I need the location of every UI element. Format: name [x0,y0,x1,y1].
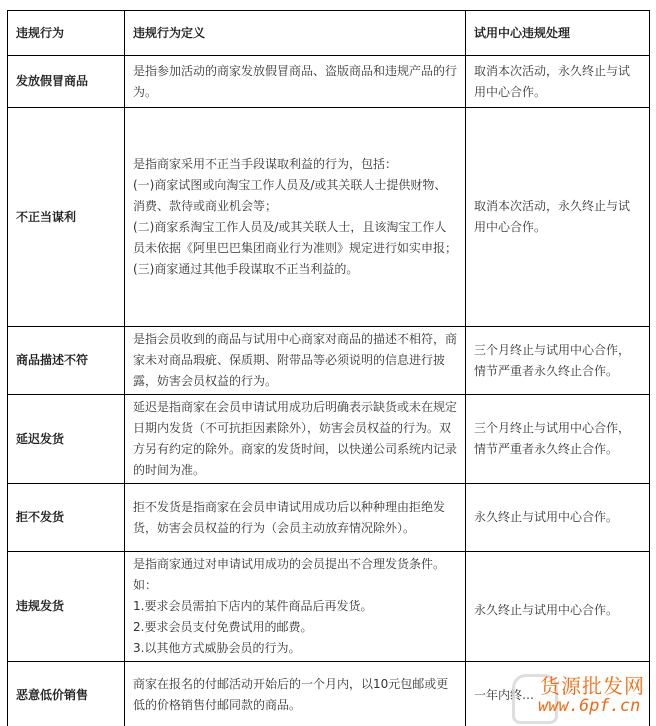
definition-line: 延迟是指商家在会员申请试用成功后明确表示缺货或未在规定日期内发货（不可抗拒因素除… [133,397,457,481]
table-row: 不正当谋利 是指商家采用不正当手段谋取利益的行为，包括： (一)商家试图或向淘宝… [8,108,650,327]
violation-definition: 延迟是指商家在会员申请试用成功后明确表示缺货或未在规定日期内发货（不可抗拒因素除… [125,395,466,484]
violation-category: 延迟发货 [8,395,125,484]
violation-rules-table: 违规行为 违规行为定义 试用中心违规处理 发放假冒商品 是指参加活动的商家发放假… [7,10,650,726]
violation-penalty: 三个月终止与试用中心合作，情节严重者永久终止合作。 [466,327,650,395]
definition-line: 1.要求会员需拍下店内的某件商品后再发货。 [133,596,457,617]
definition-line: 是指参加活动的商家发放假冒商品、盗版商品和违规产品的行为。 [133,61,457,103]
violation-category: 发放假冒商品 [8,56,125,108]
table-row: 商品描述不符 是指会员收到的商品与试用中心商家对商品的描述不相符，商家未对商品瑕… [8,327,650,395]
violation-definition: 是指参加活动的商家发放假冒商品、盗版商品和违规产品的行为。 [125,56,466,108]
table-row: 拒不发货 拒不发货是指商家在会员申请试用成功后以种种理由拒绝发货，妨害会员权益的… [8,484,650,552]
violation-category: 恶意低价销售 [8,662,125,726]
violation-definition: 是指商家采用不正当手段谋取利益的行为，包括： (一)商家试图或向淘宝工作人员及/… [125,108,466,327]
definition-line: 是指商家采用不正当手段谋取利益的行为，包括： [133,154,457,175]
definition-line: (一)商家试图或向淘宝工作人员及/或其关联人士提供财物、消费、款待或商业机会等； [133,175,457,217]
violation-category: 不正当谋利 [8,108,125,327]
definition-line: 2.要求会员支付免费试用的邮费。 [133,617,457,638]
table-row: 违规发货 是指商家通过对申请试用成功的会员提出不合理发货条件。 如： 1.要求会… [8,552,650,662]
violation-category: 违规发货 [8,552,125,662]
definition-line: 商家在报名的付邮活动开始后的一个月内，以10元包邮或更低的价格销售付邮同款的商品… [133,674,457,716]
violation-definition: 商家在报名的付邮活动开始后的一个月内，以10元包邮或更低的价格销售付邮同款的商品… [125,662,466,726]
definition-line: 如： [133,575,457,596]
violation-category: 拒不发货 [8,484,125,552]
header-violation: 违规行为 [8,11,125,56]
definition-line: 是指会员收到的商品与试用中心商家对商品的描述不相符，商家未对商品瑕疵、保质期、附… [133,329,457,392]
table-row: 延迟发货 延迟是指商家在会员申请试用成功后明确表示缺货或未在规定日期内发货（不可… [8,395,650,484]
definition-line: (二)商家系淘宝工作人员及/或其关联人士，且该淘宝工作人员未依据《阿里巴巴集团商… [133,217,457,259]
violation-penalty: 三个月终止与试用中心合作，情节严重者永久终止合作。 [466,395,650,484]
violation-penalty: 取消本次活动，永久终止与试用中心合作。 [466,108,650,327]
violation-definition: 是指商家通过对申请试用成功的会员提出不合理发货条件。 如： 1.要求会员需拍下店… [125,552,466,662]
header-penalty: 试用中心违规处理 [466,11,650,56]
table-row: 发放假冒商品 是指参加活动的商家发放假冒商品、盗版商品和违规产品的行为。 取消本… [8,56,650,108]
violation-penalty: 一年内终… [466,662,650,726]
definition-line: 3.以其他方式威胁会员的行为。 [133,638,457,659]
violation-penalty: 永久终止与试用中心合作。 [466,484,650,552]
header-definition: 违规行为定义 [125,11,466,56]
violation-definition: 拒不发货是指商家在会员申请试用成功后以种种理由拒绝发货，妨害会员权益的行为（会员… [125,484,466,552]
violation-penalty: 取消本次活动，永久终止与试用中心合作。 [466,56,650,108]
definition-line: 拒不发货是指商家在会员申请试用成功后以种种理由拒绝发货，妨害会员权益的行为（会员… [133,497,457,539]
violation-definition: 是指会员收到的商品与试用中心商家对商品的描述不相符，商家未对商品瑕疵、保质期、附… [125,327,466,395]
violation-penalty: 永久终止与试用中心合作。 [466,552,650,662]
violation-category: 商品描述不符 [8,327,125,395]
table-header-row: 违规行为 违规行为定义 试用中心违规处理 [8,11,650,56]
table-row: 恶意低价销售 商家在报名的付邮活动开始后的一个月内，以10元包邮或更低的价格销售… [8,662,650,726]
definition-line: (三)商家通过其他手段谋取不正当利益的。 [133,259,457,280]
definition-line: 是指商家通过对申请试用成功的会员提出不合理发货条件。 [133,554,457,575]
